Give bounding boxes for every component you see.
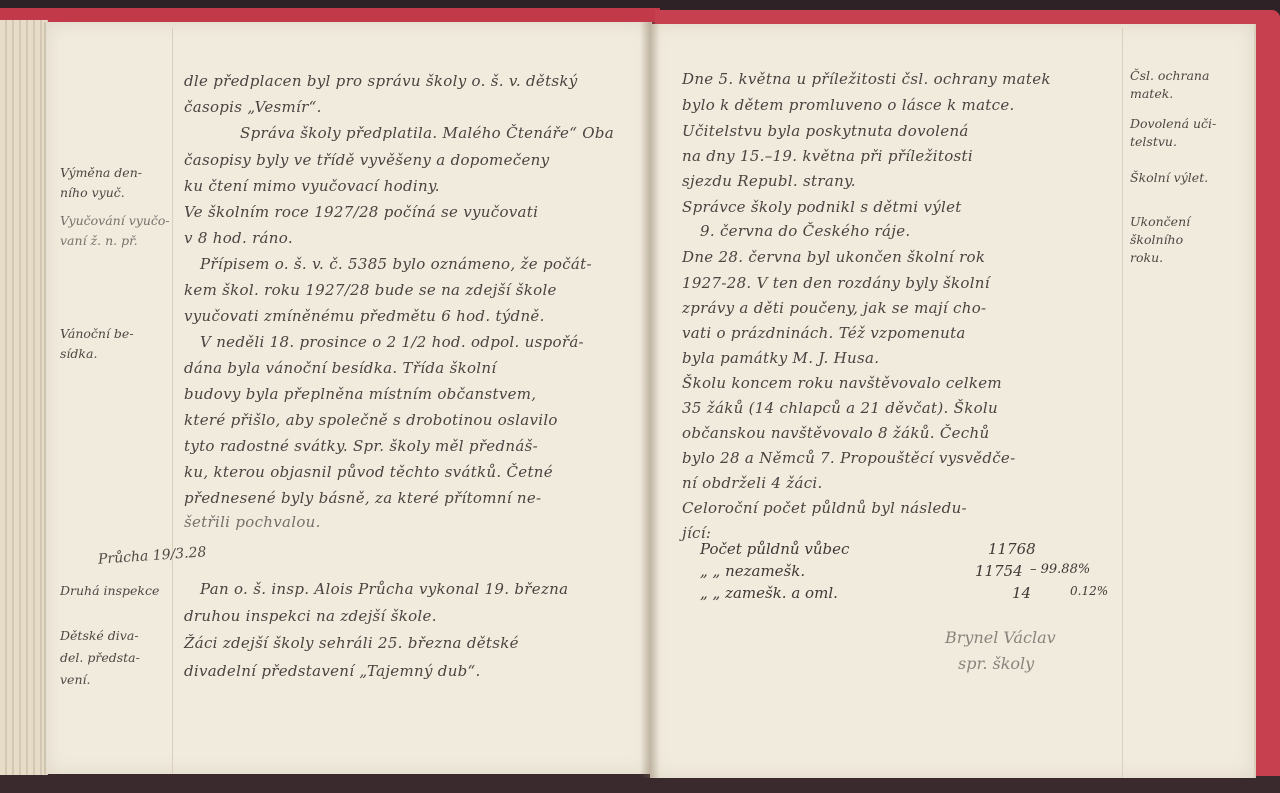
background-bottom xyxy=(650,776,1280,793)
margin-note: Vánoční be- xyxy=(60,326,134,341)
stat-percent: 0.12% xyxy=(1070,584,1108,598)
text-line: přednesené byly básně, za které přítomní… xyxy=(184,489,541,507)
margin-note: sídka. xyxy=(60,346,97,361)
stat-value: 11754 xyxy=(975,562,1023,580)
right-margin-rule xyxy=(1122,28,1123,778)
signature-name: Brynel Václav xyxy=(945,628,1056,647)
text-line: tyto radostné svátky. Spr. školy měl pře… xyxy=(184,437,538,455)
text-line: byla památky M. J. Husa. xyxy=(682,349,879,367)
stat-value: 14 xyxy=(1012,584,1031,602)
text-line: 9. června do Českého ráje. xyxy=(700,222,910,240)
text-line: vati o prázdninách. Též vzpomenuta xyxy=(682,324,966,342)
text-line: 35 žáků (14 chlapců a 21 děvčat). Školu xyxy=(682,399,998,417)
text-line: sjezdu Republ. strany. xyxy=(682,172,856,190)
text-line: Správce školy podnikl s dětmi výlet xyxy=(682,198,962,216)
margin-note: Dovolená uči- xyxy=(1130,116,1216,131)
text-line: které přišlo, aby společně s drobotinou … xyxy=(184,411,558,429)
text-line: na dny 15.–19. května při příležitosti xyxy=(682,147,973,165)
margin-note: školního xyxy=(1130,232,1183,247)
margin-note: matek. xyxy=(1130,86,1173,101)
left-margin-rule xyxy=(172,28,173,774)
stat-value: 11768 xyxy=(988,540,1036,558)
attendance-row: „ „ nezamešk. 11754 – 99.88% xyxy=(700,562,1140,584)
text-line: bylo 28 a Němců 7. Propouštěcí vysvědče- xyxy=(682,449,1015,467)
margin-note: Výměna den- xyxy=(60,165,142,180)
text-line: ku čtení mimo vyučovací hodiny. xyxy=(184,177,440,195)
text-line: dána byla vánoční besídka. Třída školní xyxy=(184,359,496,377)
margin-note: Druhá inspekce xyxy=(60,583,159,598)
text-line: časopisy byly ve třídě vyvěšeny a dopome… xyxy=(184,151,549,169)
attendance-row: „ „ zamešk. a oml. 14 0.12% xyxy=(700,584,1140,606)
margin-note: Školní výlet. xyxy=(1130,170,1208,185)
margin-note: ního vyuč. xyxy=(60,185,125,200)
signature-title: spr. školy xyxy=(958,654,1034,673)
text-line: Ve školním roce 1927/28 počíná se vyučov… xyxy=(184,203,538,221)
text-line: Celoroční počet půldnů byl následu- xyxy=(682,499,967,517)
margin-note: vaní ž. n. př. xyxy=(60,233,138,248)
stat-label: „ „ nezamešk. xyxy=(700,562,805,580)
text-line: 1927-28. V ten den rozdány byly školní xyxy=(682,274,990,292)
text-line: ní obdrželi 4 žáci. xyxy=(682,474,823,492)
margin-note: del. předsta- xyxy=(60,650,140,665)
margin-note: Ukončení xyxy=(1130,214,1190,229)
text-line: Dne 28. června byl ukončen školní rok xyxy=(682,248,985,266)
margin-note: roku. xyxy=(1130,250,1163,265)
text-line: v 8 hod. ráno. xyxy=(184,229,293,247)
text-line: Správa školy předplatila. Malého Čtenáře… xyxy=(240,124,614,142)
text-line: Dne 5. května u příležitosti čsl. ochran… xyxy=(682,70,1051,88)
margin-note: Čsl. ochrana xyxy=(1130,68,1209,83)
text-line: kem škol. roku 1927/28 bude se na zdejší… xyxy=(184,281,557,299)
text-line: budovy byla přeplněna místním občanstvem… xyxy=(184,385,536,403)
margin-note: vení. xyxy=(60,672,90,687)
text-line: dle předplacen byl pro správu školy o. š… xyxy=(184,72,578,90)
stat-label: Počet půldnů vůbec xyxy=(700,540,849,558)
text-line: Přípisem o. š. v. č. 5385 bylo oznámeno,… xyxy=(200,255,592,273)
book-gutter xyxy=(640,22,660,778)
text-line: ku, kterou objasnil původ těchto svátků.… xyxy=(184,463,553,481)
text-line: zprávy a děti poučeny, jak se mají cho- xyxy=(682,299,986,317)
margin-note: Vyučování vyučo- xyxy=(60,213,170,228)
margin-note: Dětské diva- xyxy=(60,628,139,643)
text-line: druhou inspekci na zdejší škole. xyxy=(184,607,437,625)
text-line: Učitelstvu byla poskytnuta dovolená xyxy=(682,122,969,140)
text-line: šetřili pochvalou. xyxy=(184,513,321,531)
attendance-row: Počet půldnů vůbec 11768 xyxy=(700,540,1130,562)
text-line: V neděli 18. prosince o 2 1/2 hod. odpol… xyxy=(200,333,584,351)
page-stack-edge xyxy=(0,20,48,775)
text-line: Pan o. š. insp. Alois Průcha vykonal 19.… xyxy=(200,580,568,598)
text-line: časopis „Vesmír“. xyxy=(184,98,322,116)
stat-percent: – 99.88% xyxy=(1030,562,1090,577)
stat-label: „ „ zamešk. a oml. xyxy=(700,584,838,602)
text-line: Žáci zdejší školy sehráli 25. března dět… xyxy=(184,634,519,652)
text-line: divadelní představení „Tajemný dub“. xyxy=(184,662,481,680)
margin-note: telstvu. xyxy=(1130,134,1177,149)
text-line: občanskou navštěvovalo 8 žáků. Čechů xyxy=(682,424,989,442)
text-line: bylo k dětem promluveno o lásce k matce. xyxy=(682,96,1015,114)
text-line: Školu koncem roku navštěvovalo celkem xyxy=(682,374,1002,392)
text-line: vyučovati zmíněnému předmětu 6 hod. týdn… xyxy=(184,307,545,325)
